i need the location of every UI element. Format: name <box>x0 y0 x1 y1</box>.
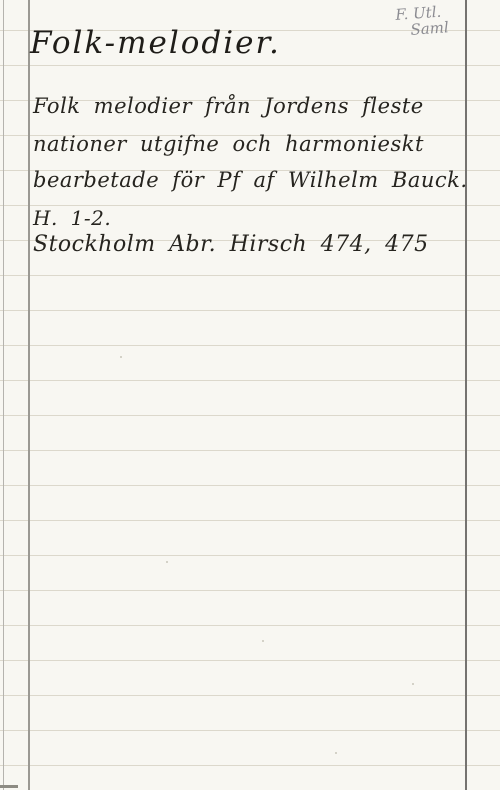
description-line-3: bearbetade för Pf af Wilhelm Bauck. <box>33 169 468 192</box>
description-line-1: Folk melodier från Jordens fleste <box>33 95 424 118</box>
scan-edge-mark <box>0 785 18 788</box>
paper-speck <box>166 561 168 563</box>
paper-speck <box>335 752 337 754</box>
pencil-note-line2: Saml <box>410 20 449 38</box>
volume-designation: H. 1-2. <box>33 207 111 229</box>
pencil-note: F. Utl. Saml <box>395 4 449 39</box>
card-title: Folk-melodier. <box>30 26 281 60</box>
catalog-card: F. Utl. Saml Folk-melodier. Folk melodie… <box>0 0 500 790</box>
paper-speck <box>412 683 414 685</box>
paper-speck <box>262 640 264 642</box>
description-line-2: nationer utgifne och harmonieskt <box>33 133 424 156</box>
left-margin-line <box>28 0 30 790</box>
paper-speck <box>120 356 122 358</box>
right-margin-line <box>465 0 467 790</box>
left-edge-line <box>3 0 4 790</box>
imprint-line: Stockholm Abr. Hirsch 474, 475 <box>33 233 429 257</box>
